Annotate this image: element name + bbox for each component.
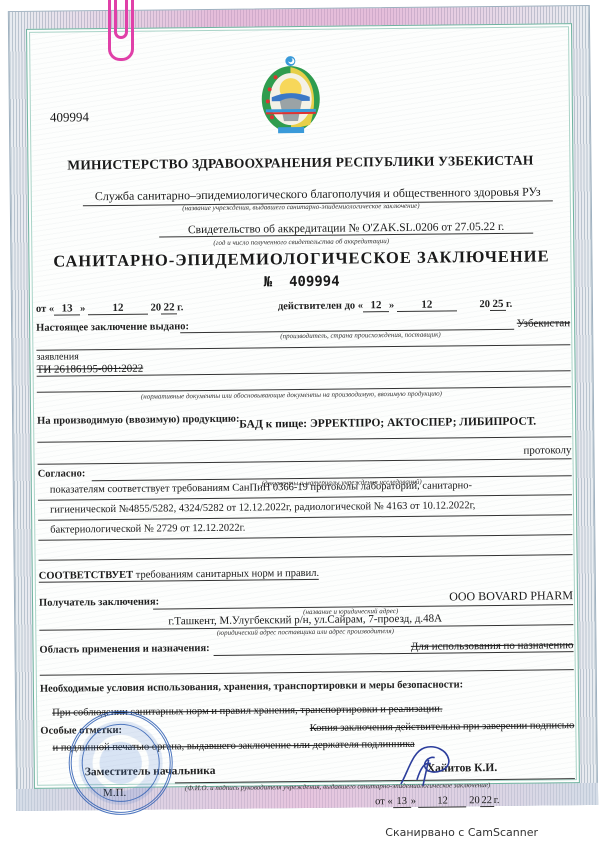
paperclip-icon bbox=[108, 0, 134, 61]
issued-year-prefix: 20 bbox=[151, 302, 162, 313]
state-emblem-icon bbox=[259, 55, 322, 138]
issued-to-value: Узбекистан bbox=[517, 317, 570, 330]
issued-suffix: г. bbox=[177, 302, 183, 313]
product-label: На производимую (ввозимую) продукцию: bbox=[37, 414, 239, 427]
issued-day: 13 bbox=[54, 302, 80, 315]
document-title: САНИТАРНО-ЭПИДЕМИОЛОГИЧЕСКОЕ ЗАКЛЮЧЕНИЕ bbox=[29, 246, 573, 272]
document-number: № 409994 bbox=[30, 271, 574, 293]
valid-day: 12 bbox=[363, 299, 389, 312]
recipient-name: ООО BOVARD PHARM bbox=[449, 588, 573, 604]
camscanner-watermark: Сканирвано с CamScanner bbox=[385, 826, 538, 839]
product-value: БАД к пище: ЭРРЕКТПРО; АКТОСПЕР; ЛИБИПРО… bbox=[239, 416, 536, 431]
conformity-rest: требованиям санитарных норм и правил. bbox=[133, 568, 319, 581]
conformity-statement: СООТВЕТСТВУЕТ требованиям санитарных нор… bbox=[39, 568, 319, 583]
protocol-word: протоколу bbox=[523, 444, 571, 457]
rule bbox=[38, 534, 572, 541]
rule bbox=[39, 554, 573, 561]
normative-doc: ТИ 26186195-001:2022 bbox=[37, 363, 144, 376]
issued-to-label: Настоящее заключение выдано: bbox=[36, 321, 189, 334]
rule bbox=[37, 436, 571, 443]
issued-mid: » bbox=[80, 303, 85, 314]
according-line2: гигиенической №4855/5282, 4324/5282 от 1… bbox=[50, 500, 475, 515]
valid-mid: » bbox=[389, 300, 394, 311]
rule bbox=[38, 458, 572, 465]
sig-date-day: 13 bbox=[393, 796, 411, 808]
valid-until-date: действителен до «12» 12 2025г. bbox=[278, 298, 512, 313]
rule bbox=[38, 514, 572, 521]
rule bbox=[36, 344, 570, 351]
ministry-heading: МИНИСТЕРСТВО ЗДРАВООХРАНЕНИЯ РЕСПУБЛИКИ … bbox=[28, 152, 572, 174]
serial-number: 409994 bbox=[50, 109, 89, 125]
issued-date: от «13» 12 2022г. bbox=[36, 301, 184, 316]
certificate-body: 409994 МИНИСТЕРСТВО ЗДРАВООХРАНЕНИЯ РЕСП… bbox=[26, 23, 580, 789]
sig-date-suffix: г. bbox=[494, 795, 500, 806]
valid-suffix: г. bbox=[506, 299, 512, 310]
scope-label: Область применения и назначения: bbox=[39, 643, 209, 656]
notes-line1: Копия заключения действительна при завер… bbox=[310, 720, 575, 734]
according-label: Согласно: bbox=[38, 468, 86, 479]
certificate-sheet: 409994 МИНИСТЕРСТВО ЗДРАВООХРАНЕНИЯ РЕСП… bbox=[8, 5, 598, 811]
according-line1: показателям соответствует требованиям Са… bbox=[50, 480, 472, 495]
signature-icon bbox=[394, 739, 454, 788]
rule bbox=[214, 651, 574, 656]
sig-date-year-prefix: 20 bbox=[469, 795, 480, 806]
number-value: 409994 bbox=[289, 274, 340, 291]
rule bbox=[40, 669, 574, 676]
issued-month: 12 bbox=[88, 302, 148, 316]
sig-date-month: 12 bbox=[419, 795, 467, 808]
recipient-label: Получатель заключения: bbox=[39, 597, 159, 609]
scope-value: Для использования по назначению bbox=[411, 639, 574, 653]
issued-to-hint: (производитель, страна происхождения, по… bbox=[280, 331, 441, 341]
official-seal-icon bbox=[68, 710, 173, 815]
issued-to-line2: заявления bbox=[36, 351, 78, 362]
valid-year-prefix: 20 bbox=[479, 299, 490, 310]
number-label: № bbox=[264, 274, 273, 290]
accreditation-line: Свидетельство об аккредитации № O'ZAK.SL… bbox=[159, 221, 533, 238]
issued-prefix: от « bbox=[36, 304, 54, 315]
issued-year: 22 bbox=[161, 301, 177, 314]
conformity-bold: СООТВЕТСТВУЕТ bbox=[39, 570, 134, 582]
sig-date-prefix: от « bbox=[375, 796, 393, 807]
sig-date-year: 22 bbox=[480, 795, 494, 807]
sig-date-mid: » bbox=[411, 796, 416, 807]
valid-year: 25 bbox=[490, 298, 506, 311]
valid-month: 12 bbox=[397, 298, 457, 312]
signature-date: от «13» 12 2022г. bbox=[375, 795, 499, 808]
according-line3: бактериологической № 2729 от 12.12.2022г… bbox=[50, 523, 245, 536]
valid-label: действителен до « bbox=[278, 300, 363, 312]
rule bbox=[38, 494, 572, 501]
conditions-label: Необходимые условия использования, хране… bbox=[40, 679, 463, 694]
